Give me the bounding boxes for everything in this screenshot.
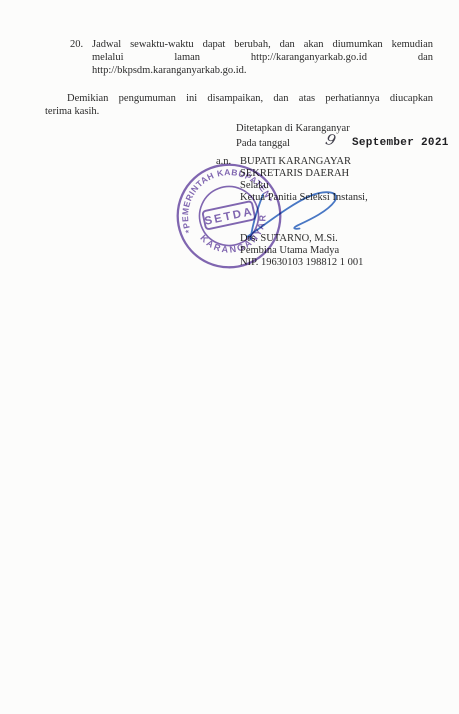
signature-stroke-tail [251, 195, 264, 240]
list-item-text: Jadwal sewaktu-waktu dapat berubah, dan … [92, 38, 433, 77]
handwritten-signature [230, 183, 350, 245]
closing-line-2: terima kasih. [45, 105, 433, 118]
stamp-star-left-icon: * [184, 227, 191, 238]
list-item-20: 20. Jadwal sewaktu-waktu dapat berubah, … [70, 38, 433, 77]
item20-line-2: melalui laman http://karanganyarkab.go.i… [92, 51, 433, 64]
document-page: 20. Jadwal sewaktu-waktu dapat berubah, … [0, 0, 459, 714]
item20-line-1: Jadwal sewaktu-waktu dapat berubah, dan … [92, 38, 433, 51]
item20-line-3: http://bkpsdm.karanganyarkab.go.id. [92, 64, 433, 77]
typed-date: September 2021 [352, 137, 449, 149]
list-item-number: 20. [70, 38, 83, 51]
closing-line-1: Demikian pengumuman ini disampaikan, dan… [45, 92, 433, 105]
closing-paragraph: Demikian pengumuman ini disampaikan, dan… [45, 92, 433, 118]
